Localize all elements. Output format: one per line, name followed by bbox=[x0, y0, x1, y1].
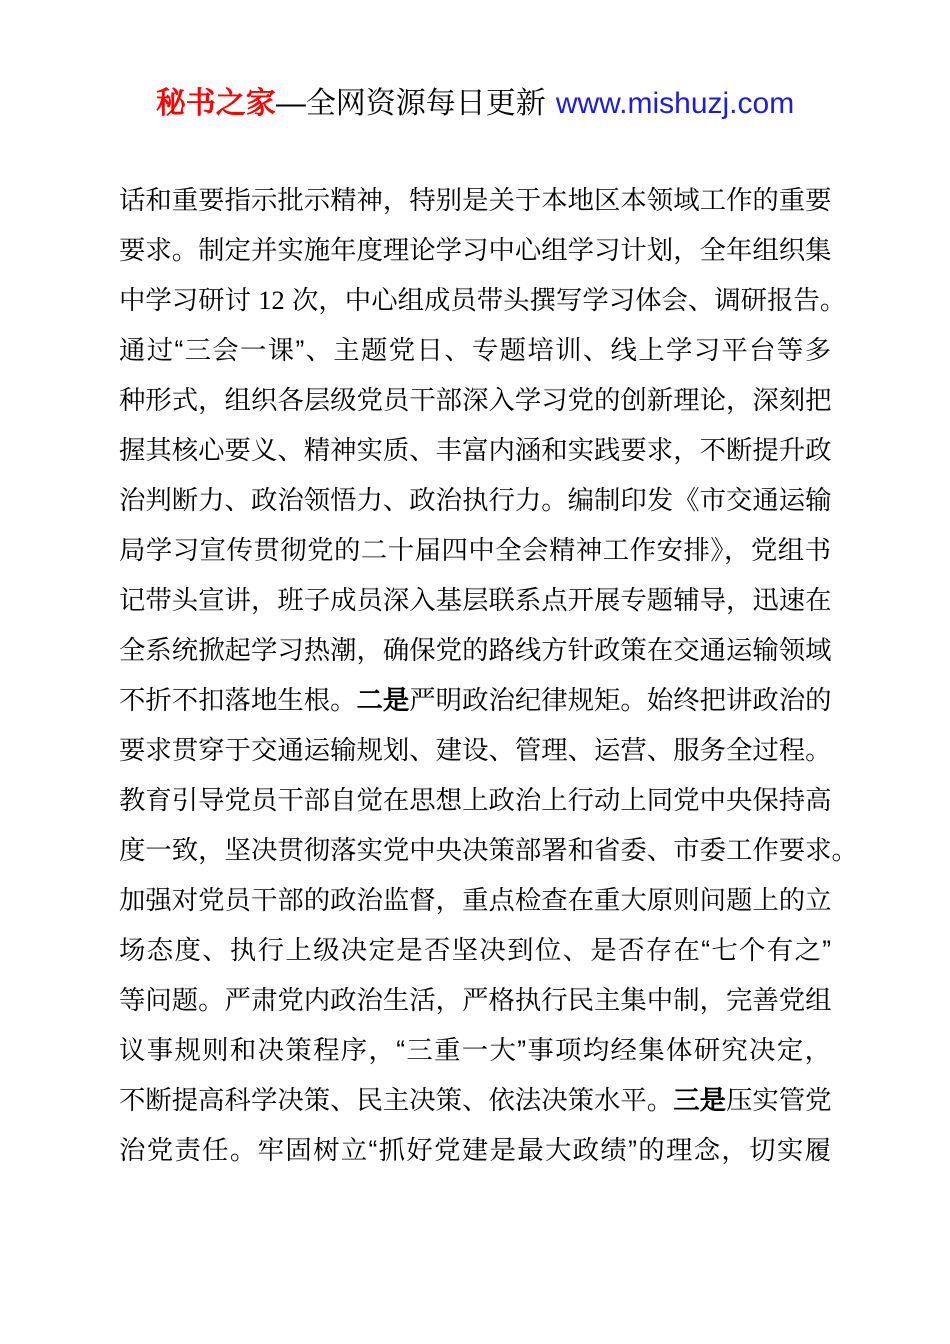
text-line: 不折不扣落地生根。二是严明政治纪律规矩。始终把讲政治的 bbox=[119, 675, 831, 725]
bold-text-segment: 二是 bbox=[357, 685, 410, 715]
text-segment: 12 bbox=[258, 285, 284, 315]
text-line: 通过“三会一课”、主题党日、专题培训、线上学习平台等多 bbox=[119, 325, 831, 375]
document-page: 秘书之家—全网资源每日更新www.mishuzj.com 话和重要指示批示精神，… bbox=[0, 0, 950, 1344]
text-segment: 等问题。严肃党内政治生活，严格执行民主集中制，完善党组 bbox=[119, 985, 832, 1015]
text-segment: 通过“三会一课”、主题党日、专题培训、线上学习平台等多 bbox=[119, 335, 831, 365]
text-line: 话和重要指示批示精神，特别是关于本地区本领域工作的重要 bbox=[119, 175, 831, 225]
text-line: 局学习宣传贯彻党的二十届四中全会精神工作安排》，党组书 bbox=[119, 525, 831, 575]
text-line: 记带头宣讲，班子成员深入基层联系点开展专题辅导，迅速在 bbox=[119, 575, 831, 625]
text-segment: 话和重要指示批示精神，特别是关于本地区本领域工作的重要 bbox=[119, 185, 832, 215]
text-line: 度一致，坚决贯彻落实党中央决策部署和省委、市委工作要求。 bbox=[119, 825, 831, 875]
text-segment: 不断提高科学决策、民主决策、依法决策水平。 bbox=[119, 1085, 673, 1115]
bold-text-segment: 三是 bbox=[673, 1085, 726, 1115]
text-line: 等问题。严肃党内政治生活，严格执行民主集中制，完善党组 bbox=[119, 975, 831, 1025]
text-segment: 全系统掀起学习热潮，确保党的路线方针政策在交通运输领域 bbox=[119, 635, 832, 665]
text-segment: 不折不扣落地生根。 bbox=[119, 685, 357, 715]
site-name: 秘书之家 bbox=[156, 87, 276, 120]
text-segment: 种形式，组织各层级党员干部深入学习党的创新理论，深刻把 bbox=[119, 385, 832, 415]
text-line: 握其核心要义、精神实质、丰富内涵和实践要求，不断提升政 bbox=[119, 425, 831, 475]
header: 秘书之家—全网资源每日更新www.mishuzj.com bbox=[0, 0, 950, 123]
text-line: 教育引导党员干部自觉在思想上政治上行动上同党中央保持高 bbox=[119, 775, 831, 825]
text-segment: 要求贯穿于交通运输规划、建设、管理、运营、服务全过程。 bbox=[119, 735, 832, 765]
text-segment: 记带头宣讲，班子成员深入基层联系点开展专题辅导，迅速在 bbox=[119, 585, 832, 615]
text-line: 治判断力、政治领悟力、政治执行力。编制印发《市交通运输 bbox=[119, 475, 831, 525]
text-line: 要求贯穿于交通运输规划、建设、管理、运营、服务全过程。 bbox=[119, 725, 831, 775]
text-segment: 治党责任。牢固树立“抓好党建是最大政绩”的理念，切实履 bbox=[119, 1135, 831, 1165]
text-segment: 度一致，坚决贯彻落实党中央决策部署和省委、市委工作要求。 bbox=[119, 835, 858, 865]
text-segment: 加强对党员干部的政治监督，重点检查在重大原则问题上的立 bbox=[119, 885, 832, 915]
text-line: 治党责任。牢固树立“抓好党建是最大政绩”的理念，切实履 bbox=[119, 1125, 831, 1175]
text-segment: 次，中心组成员带头撰写学习体会、调研报告。 bbox=[285, 285, 847, 315]
text-segment: 局学习宣传贯彻党的二十届四中全会精神工作安排》，党组书 bbox=[119, 535, 831, 565]
text-segment: 治判断力、政治领悟力、政治执行力。编制印发《市交通运输 bbox=[119, 485, 832, 515]
header-tagline: —全网资源每日更新 bbox=[276, 87, 546, 120]
text-line: 加强对党员干部的政治监督，重点检查在重大原则问题上的立 bbox=[119, 875, 831, 925]
text-segment: 中学习研讨 bbox=[119, 285, 258, 315]
text-line: 要求。制定并实施年度理论学习中心组学习计划，全年组织集 bbox=[119, 225, 831, 275]
text-line: 中学习研讨 12 次，中心组成员带头撰写学习体会、调研报告。 bbox=[119, 275, 831, 325]
text-segment: 严明政治纪律规矩。始终把讲政治的 bbox=[409, 685, 831, 715]
text-segment: 握其核心要义、精神实质、丰富内涵和实践要求，不断提升政 bbox=[119, 435, 832, 465]
text-segment: 压实管党 bbox=[726, 1085, 832, 1115]
text-segment: 议事规则和决策程序，“三重一大”事项均经集体研究决定， bbox=[119, 1035, 831, 1065]
text-line: 不断提高科学决策、民主决策、依法决策水平。三是压实管党 bbox=[119, 1075, 831, 1125]
text-segment: 教育引导党员干部自觉在思想上政治上行动上同党中央保持高 bbox=[119, 785, 832, 815]
text-line: 场态度、执行上级决定是否坚决到位、是否存在“七个有之” bbox=[119, 925, 831, 975]
document-lines: 话和重要指示批示精神，特别是关于本地区本领域工作的重要要求。制定并实施年度理论学… bbox=[119, 175, 831, 1175]
text-segment: 场态度、执行上级决定是否坚决到位、是否存在“七个有之” bbox=[119, 935, 831, 965]
text-line: 种形式，组织各层级党员干部深入学习党的创新理论，深刻把 bbox=[119, 375, 831, 425]
text-line: 议事规则和决策程序，“三重一大”事项均经集体研究决定， bbox=[119, 1025, 831, 1075]
header-url-link[interactable]: www.mishuzj.com bbox=[556, 87, 794, 120]
text-line: 全系统掀起学习热潮，确保党的路线方针政策在交通运输领域 bbox=[119, 625, 831, 675]
text-segment: 要求。制定并实施年度理论学习中心组学习计划，全年组织集 bbox=[119, 235, 832, 265]
